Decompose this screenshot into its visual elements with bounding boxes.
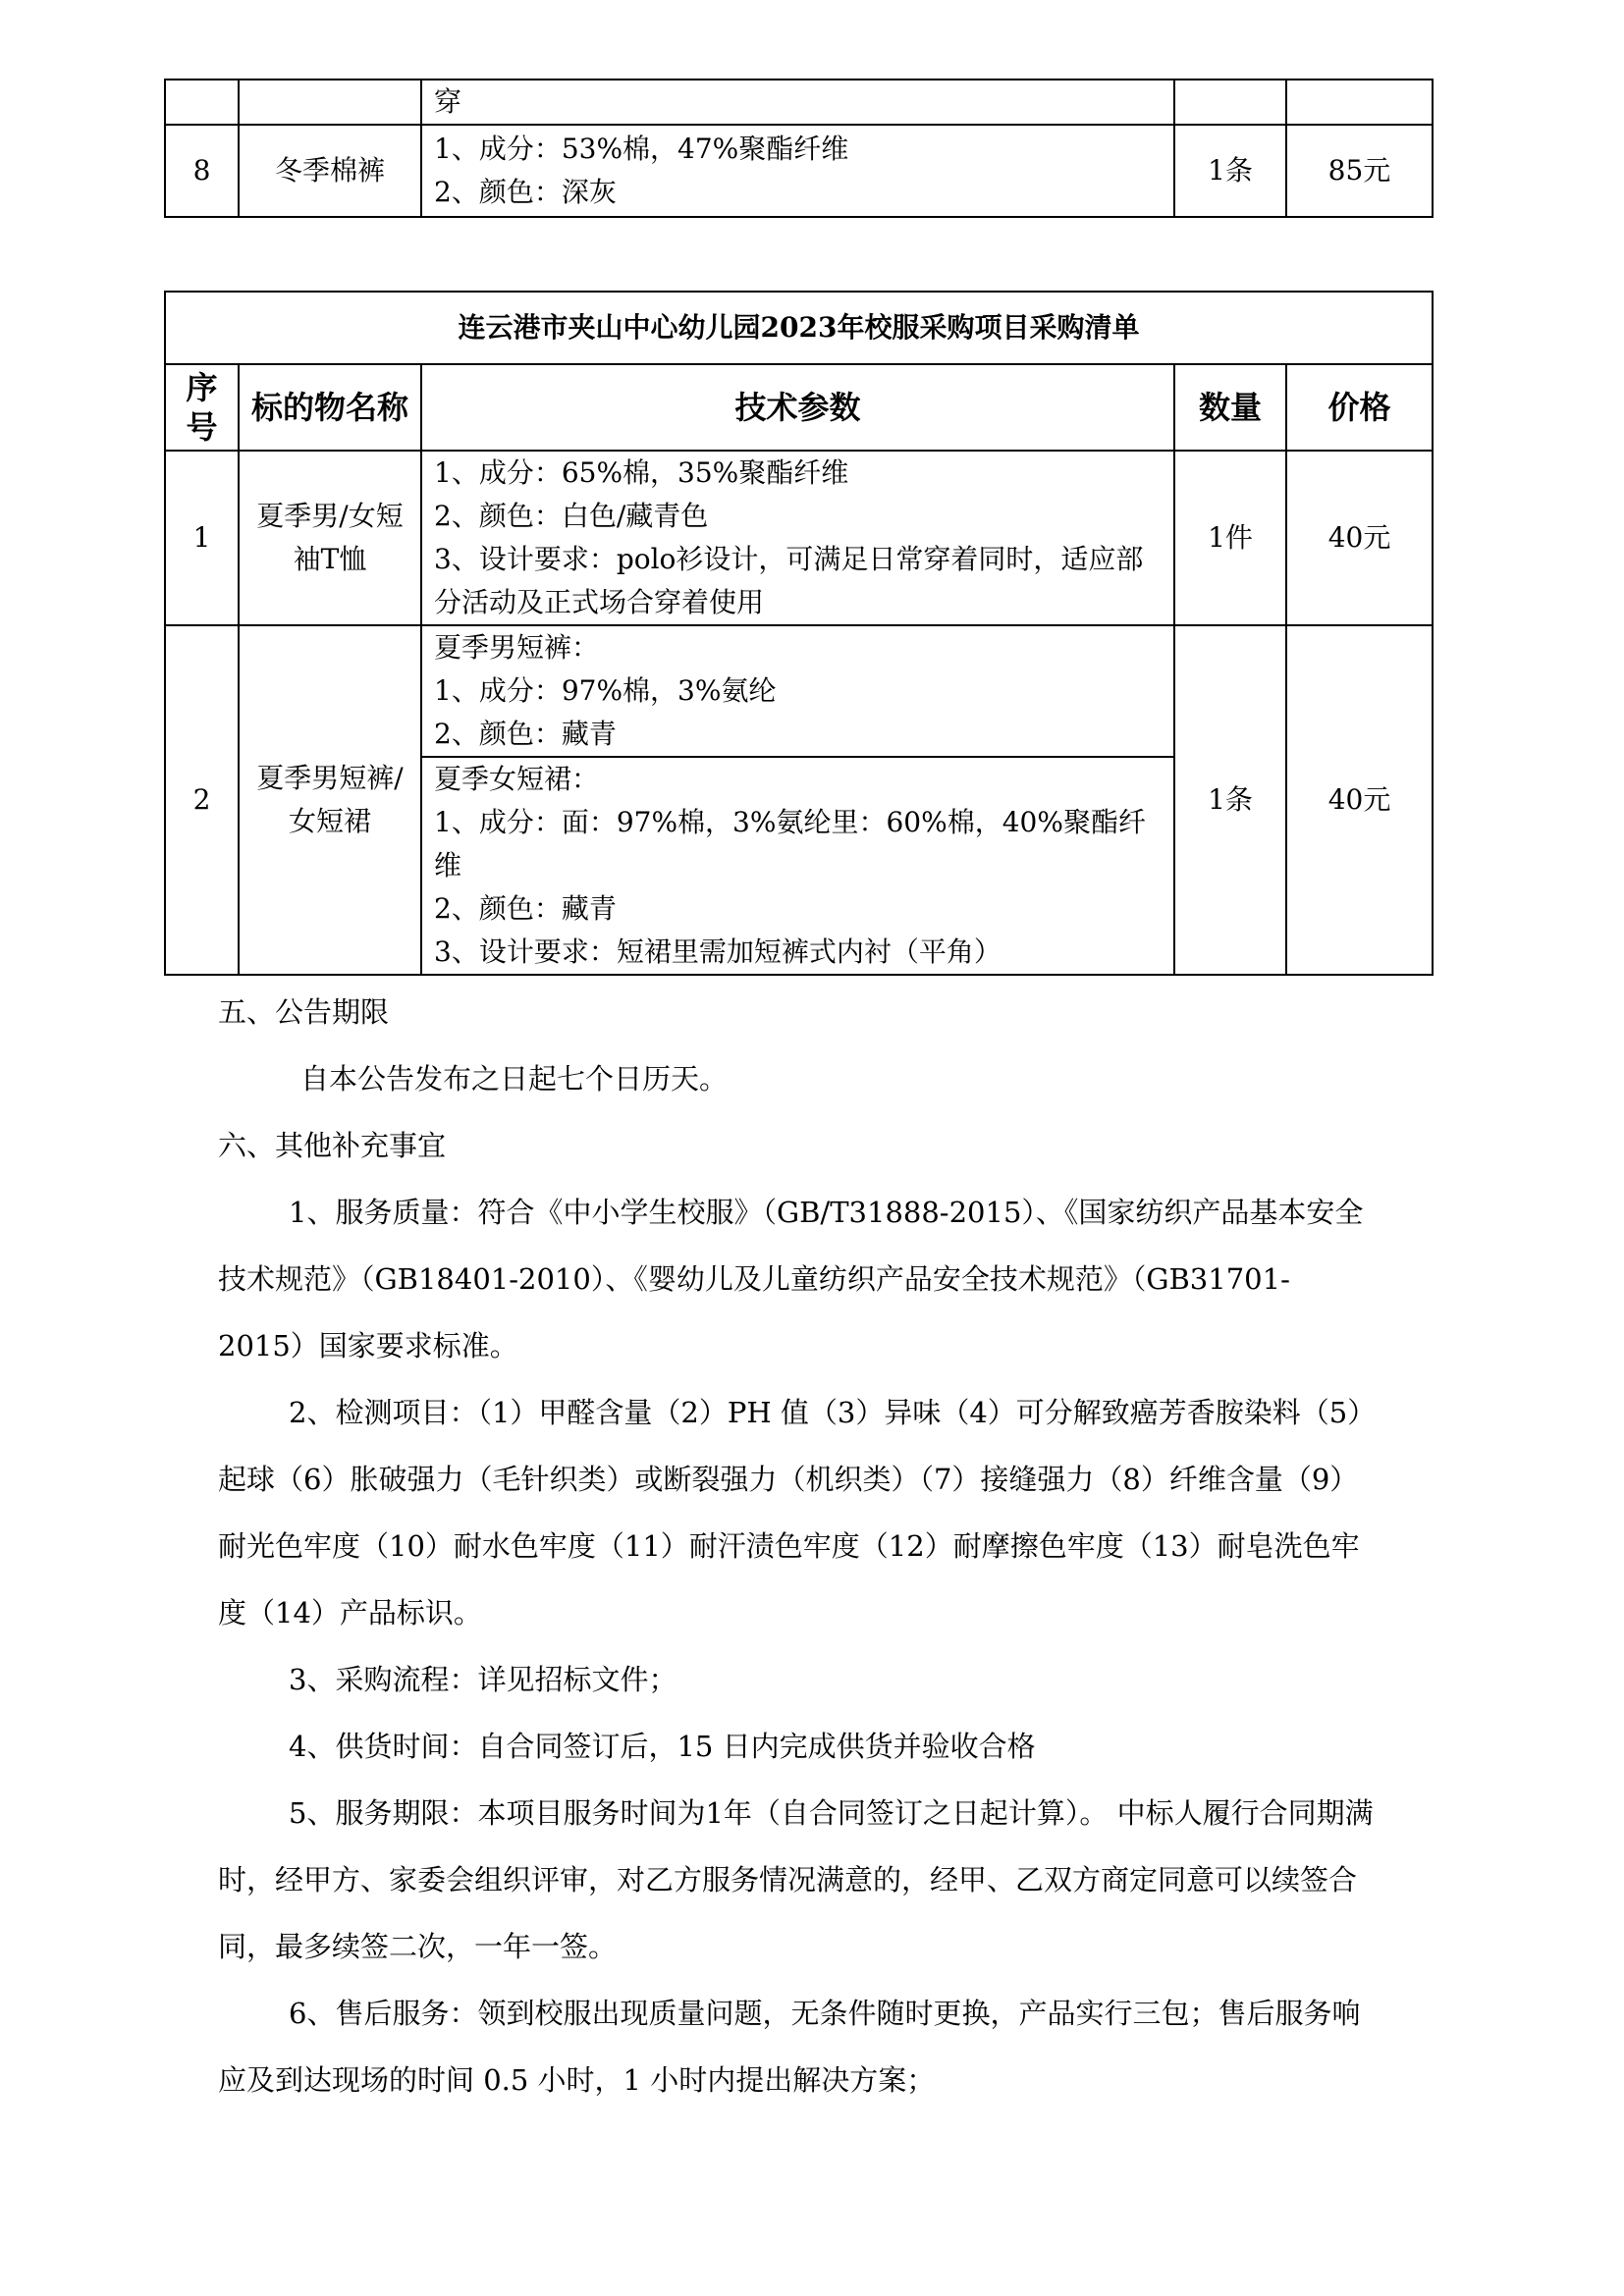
table-row: 2 夏季男短裤/女短裙 夏季男短裤： 1、成分：97%棉，3%氨纶 2、颜色：藏…: [165, 625, 1433, 757]
list-item: 2、检测项目：（1）甲醛含量（2）PH 值（3）异味（4）可分解致癌芳香胺染料（…: [218, 1379, 1377, 1646]
cell-qty: 1条: [1174, 625, 1286, 975]
procurement-table: 连云港市夹山中心幼儿园2023年校服采购项目采购清单 序号 标的物名称 技术参数…: [164, 291, 1434, 976]
cell-price: 40元: [1286, 625, 1433, 975]
table-row: 穿: [165, 80, 1433, 125]
header-params: 技术参数: [421, 364, 1174, 451]
table-title-row: 连云港市夹山中心幼儿园2023年校服采购项目采购清单: [165, 292, 1433, 364]
announcement-body: 五、公告期限 自本公告发布之日起七个日历天。 六、其他补充事宜 1、服务质量：符…: [218, 979, 1377, 2113]
table-row: 1 夏季男/女短袖T恤 1、成分：65%棉，35%聚酯纤维 2、颜色：白色/藏青…: [165, 451, 1433, 625]
table-row: 8 冬季棉裤 1、成分：53%棉，47%聚酯纤维 2、颜色：深灰 1条 85元: [165, 125, 1433, 217]
cell-no: [165, 80, 239, 125]
cell-price: 40元: [1286, 451, 1433, 625]
list-item: 3、采购流程：详见招标文件；: [218, 1646, 1377, 1713]
param-line: 2、颜色：藏青: [434, 713, 1162, 756]
continued-table: 穿 8 冬季棉裤 1、成分：53%棉，47%聚酯纤维 2、颜色：深灰 1条 85…: [164, 79, 1434, 218]
section-body-five: 自本公告发布之日起七个日历天。: [230, 1045, 1377, 1112]
cell-name: 冬季棉裤: [239, 125, 421, 217]
cell-price: 85元: [1286, 125, 1433, 217]
list-item: 1、服务质量：符合《中小学生校服》（GB/T31888-2015）、《国家纺织产…: [218, 1179, 1377, 1379]
cell-qty: 1件: [1174, 451, 1286, 625]
param-line: 1、成分：面：97%棉，3%氨纶里：60%棉，40%聚酯纤维: [434, 801, 1162, 887]
section-heading-five: 五、公告期限: [218, 979, 1377, 1045]
cell-no: 8: [165, 125, 239, 217]
header-no: 序号: [165, 364, 239, 451]
list-item: 4、供货时间：自合同签订后，15 日内完成供货并验收合格: [218, 1713, 1377, 1780]
header-name: 标的物名称: [239, 364, 421, 451]
param-line: 1、成分：53%棉，47%聚酯纤维: [434, 128, 1162, 171]
param-line: 夏季女短裙：: [434, 758, 1162, 801]
cell-name: 夏季男短裤/女短裙: [239, 625, 421, 975]
cell-qty: 1条: [1174, 125, 1286, 217]
param-line: 2、颜色：深灰: [434, 171, 1162, 214]
header-price: 价格: [1286, 364, 1433, 451]
cell-qty: [1174, 80, 1286, 125]
param-line: 夏季男短裤：: [434, 626, 1162, 669]
cell-no: 2: [165, 625, 239, 975]
cell-params-boys: 夏季男短裤： 1、成分：97%棉，3%氨纶 2、颜色：藏青: [421, 625, 1174, 757]
list-item: 5、服务期限：本项目服务时间为1年（自合同签订之日起计算）。 中标人履行合同期满…: [218, 1780, 1377, 1980]
cell-params-girls: 夏季女短裙： 1、成分：面：97%棉，3%氨纶里：60%棉，40%聚酯纤维 2、…: [421, 757, 1174, 975]
param-line: 2、颜色：白色/藏青色: [434, 495, 1162, 538]
cell-price: [1286, 80, 1433, 125]
cell-name: [239, 80, 421, 125]
param-line: 2、颜色：藏青: [434, 887, 1162, 931]
param-line: 1、成分：65%棉，35%聚酯纤维: [434, 452, 1162, 495]
cell-name: 夏季男/女短袖T恤: [239, 451, 421, 625]
header-qty: 数量: [1174, 364, 1286, 451]
table-header-row: 序号 标的物名称 技术参数 数量 价格: [165, 364, 1433, 451]
cell-params: 穿: [421, 80, 1174, 125]
param-line: 3、设计要求：短裙里需加短裤式内衬（平角）: [434, 931, 1162, 974]
param-line: 1、成分：97%棉，3%氨纶: [434, 669, 1162, 713]
list-item: 6、售后服务：领到校服出现质量问题，无条件随时更换，产品实行三包；售后服务响应及…: [218, 1980, 1377, 2113]
cell-params: 1、成分：53%棉，47%聚酯纤维 2、颜色：深灰: [421, 125, 1174, 217]
section-heading-six: 六、其他补充事宜: [218, 1112, 1377, 1179]
cell-params: 1、成分：65%棉，35%聚酯纤维 2、颜色：白色/藏青色 3、设计要求：pol…: [421, 451, 1174, 625]
table-title: 连云港市夹山中心幼儿园2023年校服采购项目采购清单: [165, 292, 1433, 364]
cell-no: 1: [165, 451, 239, 625]
param-line: 3、设计要求：polo衫设计，可满足日常穿着同时，适应部分活动及正式场合穿着使用: [434, 538, 1162, 624]
